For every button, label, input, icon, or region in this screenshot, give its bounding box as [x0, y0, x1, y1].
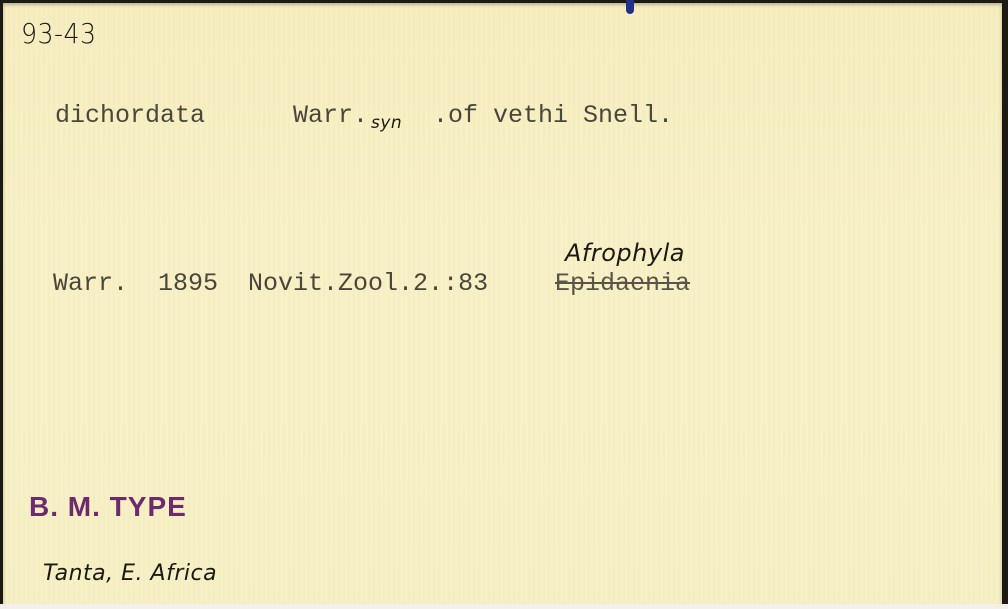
synonymy-text: .of vethi Snell.	[433, 101, 673, 130]
taxon-name: dichordata	[55, 101, 205, 130]
scan-edge	[0, 604, 1008, 609]
corrected-genus: Afrophyla	[565, 239, 685, 267]
original-genus-struck: Epidaenia	[555, 269, 690, 298]
ink-mark	[626, 0, 634, 14]
card-number: 93-43	[21, 17, 96, 50]
syn-annotation: syn	[371, 113, 402, 133]
locality: Tanta, E. Africa	[43, 561, 217, 586]
citation: Warr. 1895 Novit.Zool.2.:83	[53, 269, 488, 298]
authority: Warr.	[293, 101, 368, 130]
index-card: 93-43 dichordata Warr. syn .of vethi Sne…	[3, 3, 1002, 604]
type-stamp: B. M. TYPE	[29, 491, 187, 523]
